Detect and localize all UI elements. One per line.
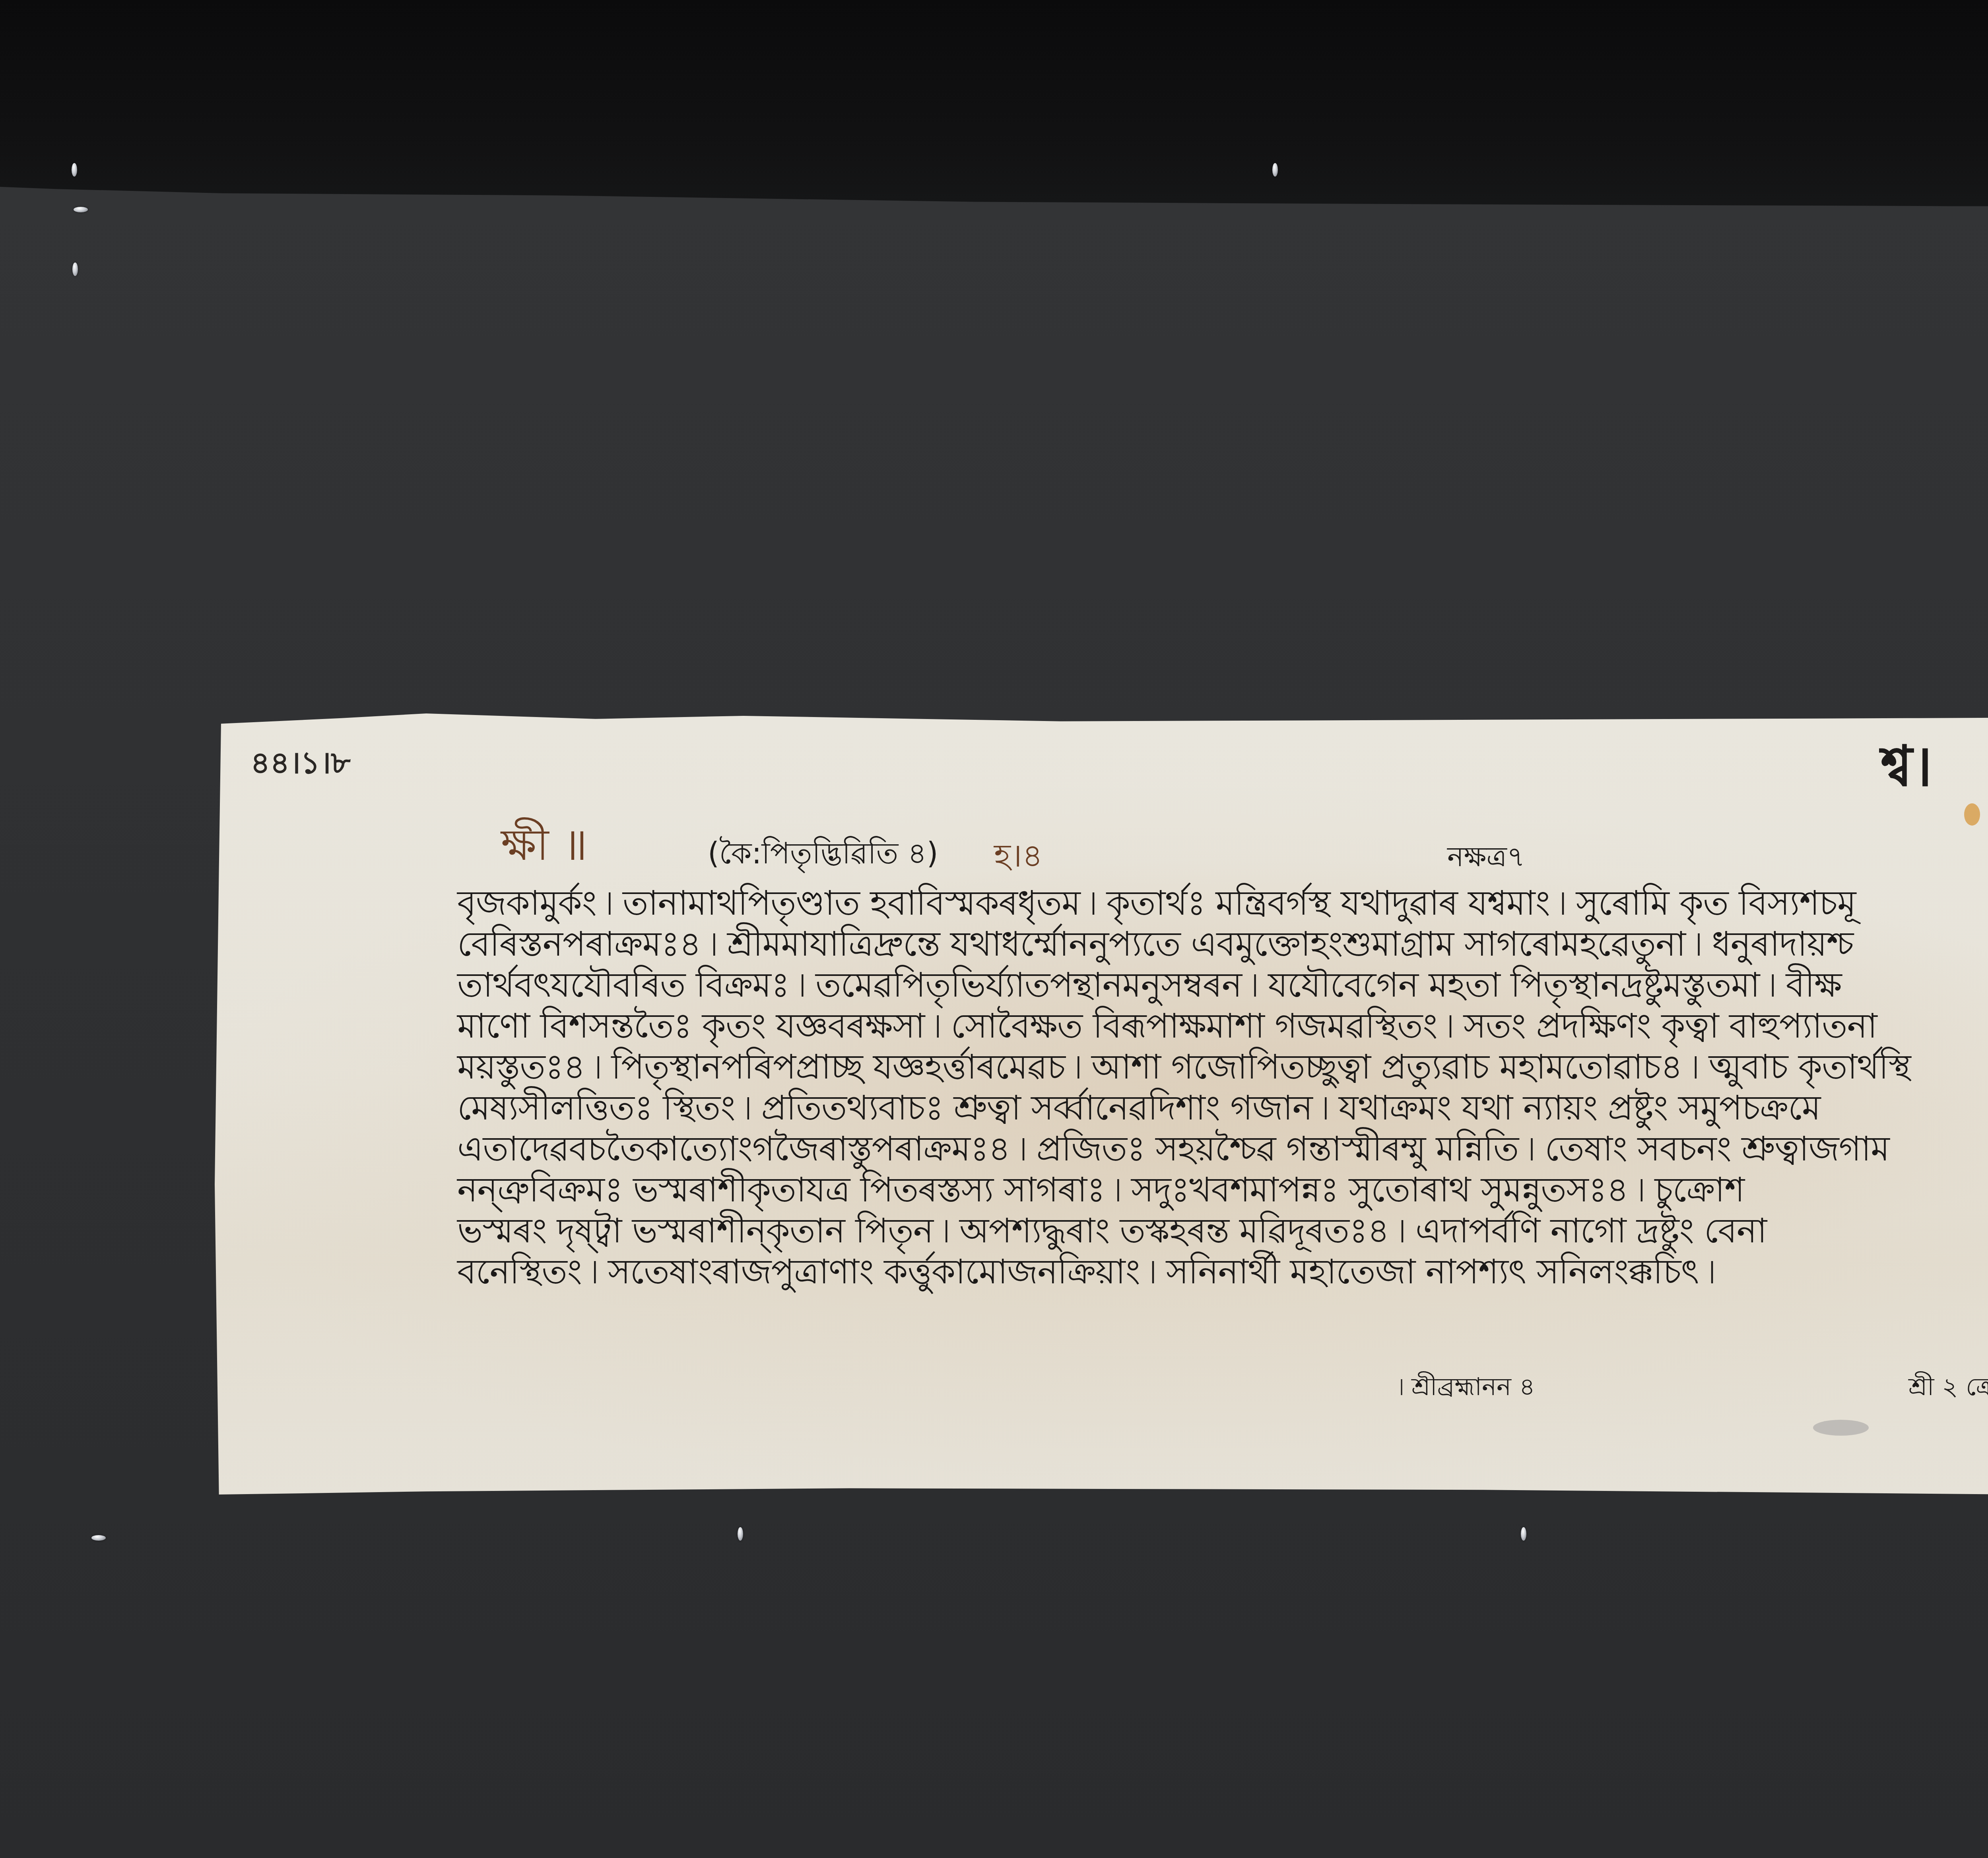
mounting-pin (91, 1535, 106, 1541)
black-backing-board (0, 0, 1988, 215)
text-line: ভস্মৰং দৃষ্ট্বা ভস্মৰাশীন্কৃতান পিতৃন ৷ … (457, 1211, 1988, 1252)
mounting-pin (72, 163, 77, 177)
manuscript-folio: ৪৪।১।৮ ক্ষী ॥ (কৈ:পিতৃদ্ভিৱিতি ৪) হ।৪ নক… (215, 712, 1988, 1499)
mounting-pin (74, 207, 88, 212)
text-line: বনেস্থিতং ৷ সতেষাংৰাজপুত্ৰাণাং কৰ্ত্তুকা… (457, 1252, 1988, 1292)
manuscript-text-block: বৃজকামুৰ্কং ৷ তানামাথপিতৃণ্ডাত হবাবিস্মক… (457, 883, 1988, 1292)
footer-note: ৷ শ্ৰীব্ৰহ্মানন ৪ (1400, 1368, 1535, 1409)
mounting-pin (1521, 1527, 1526, 1541)
shelfmark: ৪৪।১।৮ (250, 740, 351, 790)
ink-smudge (1813, 1420, 1869, 1436)
mounting-pin (1272, 163, 1278, 177)
invocation-mark: ক্ষী ॥ (501, 811, 588, 884)
mounting-pin (738, 1527, 743, 1541)
footer-count: শ্ৰী ২ ক্ৰোং (1908, 1368, 1988, 1409)
corner-mark: শ্ব। (1881, 724, 1932, 816)
text-line: বৃজকামুৰ্কং ৷ তানামাথপিতৃণ্ডাত হবাবিস্মক… (457, 883, 1988, 924)
text-line: মেষ্যসীলত্তিতঃ স্থিতং ৷ প্ৰতিতথ্যবাচঃ শ্… (457, 1088, 1988, 1129)
photo-scene: ৪৪।১।৮ ক্ষী ॥ (কৈ:পিতৃদ্ভিৱিতি ৪) হ।৪ নক… (0, 0, 1988, 1858)
text-line: ময়স্তুতঃ৪ ৷ পিতৃস্থানপৰিপপ্ৰাচ্ছ যজ্ঞহৰ… (457, 1047, 1988, 1088)
text-line: নন্ত্ৰুবিক্ৰমঃ ভস্মৰাশীকৃতাযত্ৰ পিতৰস্তস… (457, 1170, 1988, 1211)
text-line: বেৰিস্তনপৰাক্ৰমঃ৪ ৷ শ্ৰীমমাযাত্ৰিদ্ৰুন্ত… (457, 924, 1988, 965)
text-line: তাৰ্থবৎযযৌবৰিত বিক্ৰমঃ ৷ তমেৱপিতৃভিৰ্য্য… (457, 965, 1988, 1006)
mounting-pin (72, 262, 78, 276)
section-mark: হ।৪ (994, 831, 1043, 884)
ink-stain (1964, 803, 1980, 826)
title-label: (কৈ:পিতৃদ্ভিৱিতি ৪) (708, 831, 938, 880)
text-line: এতাদেৱবচতৈকাত্যোংগজৈৰাস্তুপৰাক্ৰমঃ৪ ৷ প্… (457, 1129, 1988, 1170)
chapter-label: নক্ষত্ৰ৭ (1447, 835, 1525, 882)
text-line: মাণো বিশসন্ততৈঃ কৃতং যজ্ঞবৰক্ষসা ৷ সোবৈক… (457, 1006, 1988, 1047)
